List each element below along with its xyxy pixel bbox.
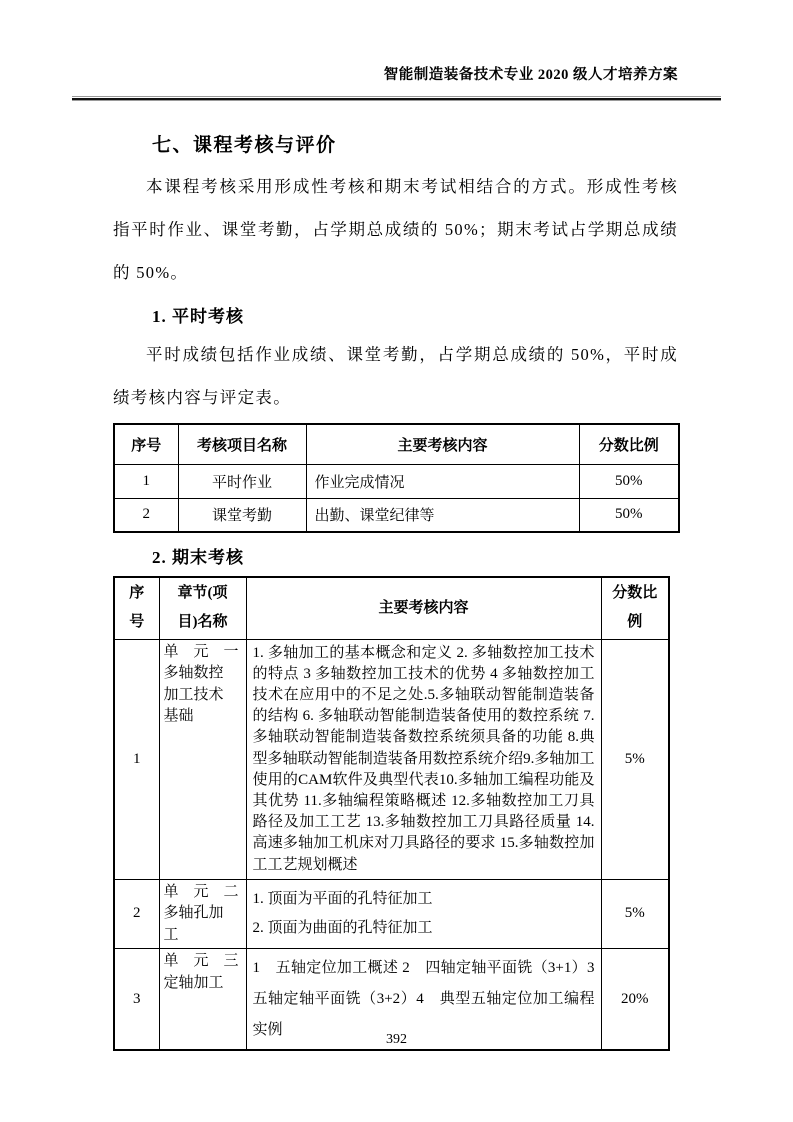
daily-assessment-table: 序号 考核项目名称 主要考核内容 分数比例 1 平时作业 作业完成情况 50% … [113, 423, 680, 533]
cell-no: 1 [114, 639, 159, 879]
cell-content: 1. 顶面为平面的孔特征加工 2. 顶面为曲面的孔特征加工 [246, 879, 601, 949]
column-header-chapter: 章节(项 目)名称 [159, 577, 246, 639]
table-header-row: 序 号 章节(项 目)名称 主要考核内容 分数比 例 [114, 577, 669, 639]
page-number: 392 [0, 1032, 793, 1048]
section-heading: 七、课程考核与评价 [152, 130, 678, 157]
cell-no: 2 [114, 498, 178, 532]
cell-content: 作业完成情况 [306, 464, 579, 498]
cell-item: 平时作业 [178, 464, 306, 498]
cell-ratio: 5% [601, 879, 669, 949]
cell-content: 出勤、课堂纪律等 [306, 498, 579, 532]
cell-ratio: 50% [579, 498, 679, 532]
intro-paragraph: 本课程考核采用形成性考核和期末考试相结合的方式。形成性考核指平时作业、课堂考勤，… [113, 165, 678, 294]
cell-chapter: 单 元 二 多轴孔加 工 [159, 879, 246, 949]
column-header-content: 主要考核内容 [306, 424, 579, 464]
subsection-heading-final-assessment: 2. 期末考核 [152, 543, 678, 568]
cell-ratio: 50% [579, 464, 679, 498]
column-header-item: 考核项目名称 [178, 424, 306, 464]
document-content: 七、课程考核与评价 本课程考核采用形成性考核和期末考试相结合的方式。形成性考核指… [113, 118, 678, 1051]
subsection-heading-daily-assessment: 1. 平时考核 [152, 302, 678, 327]
running-header: 智能制造装备技术专业 2020 级人才培养方案 [113, 63, 678, 84]
table-row: 1 平时作业 作业完成情况 50% [114, 464, 679, 498]
column-header-no: 序 号 [114, 577, 159, 639]
cell-chapter: 单 元 一 多轴数控 加工技术 基础 [159, 639, 246, 879]
table-row: 2 课堂考勤 出勤、课堂纪律等 50% [114, 498, 679, 532]
header-rule-divider [72, 96, 721, 101]
cell-content: 1. 多轴加工的基本概念和定义 2. 多轴数控加工技术的特点 3 多轴数控加工技… [246, 639, 601, 879]
column-header-no: 序号 [114, 424, 178, 464]
daily-assessment-paragraph: 平时成绩包括作业成绩、课堂考勤，占学期总成绩的 50%，平时成绩考核内容与评定表… [113, 333, 678, 419]
table-row-unit-1: 1 单 元 一 多轴数控 加工技术 基础 1. 多轴加工的基本概念和定义 2. … [114, 639, 669, 879]
column-header-ratio: 分数比例 [579, 424, 679, 464]
final-assessment-table: 序 号 章节(项 目)名称 主要考核内容 分数比 例 1 单 元 一 多轴数控 … [113, 576, 670, 1051]
document-page: 智能制造装备技术专业 2020 级人才培养方案 七、课程考核与评价 本课程考核采… [0, 0, 793, 1122]
table-row-unit-2: 2 单 元 二 多轴孔加 工 1. 顶面为平面的孔特征加工 2. 顶面为曲面的孔… [114, 879, 669, 949]
column-header-content: 主要考核内容 [246, 577, 601, 639]
cell-ratio: 5% [601, 639, 669, 879]
cell-no: 1 [114, 464, 178, 498]
cell-item: 课堂考勤 [178, 498, 306, 532]
column-header-ratio: 分数比 例 [601, 577, 669, 639]
cell-no: 2 [114, 879, 159, 949]
table-header-row: 序号 考核项目名称 主要考核内容 分数比例 [114, 424, 679, 464]
